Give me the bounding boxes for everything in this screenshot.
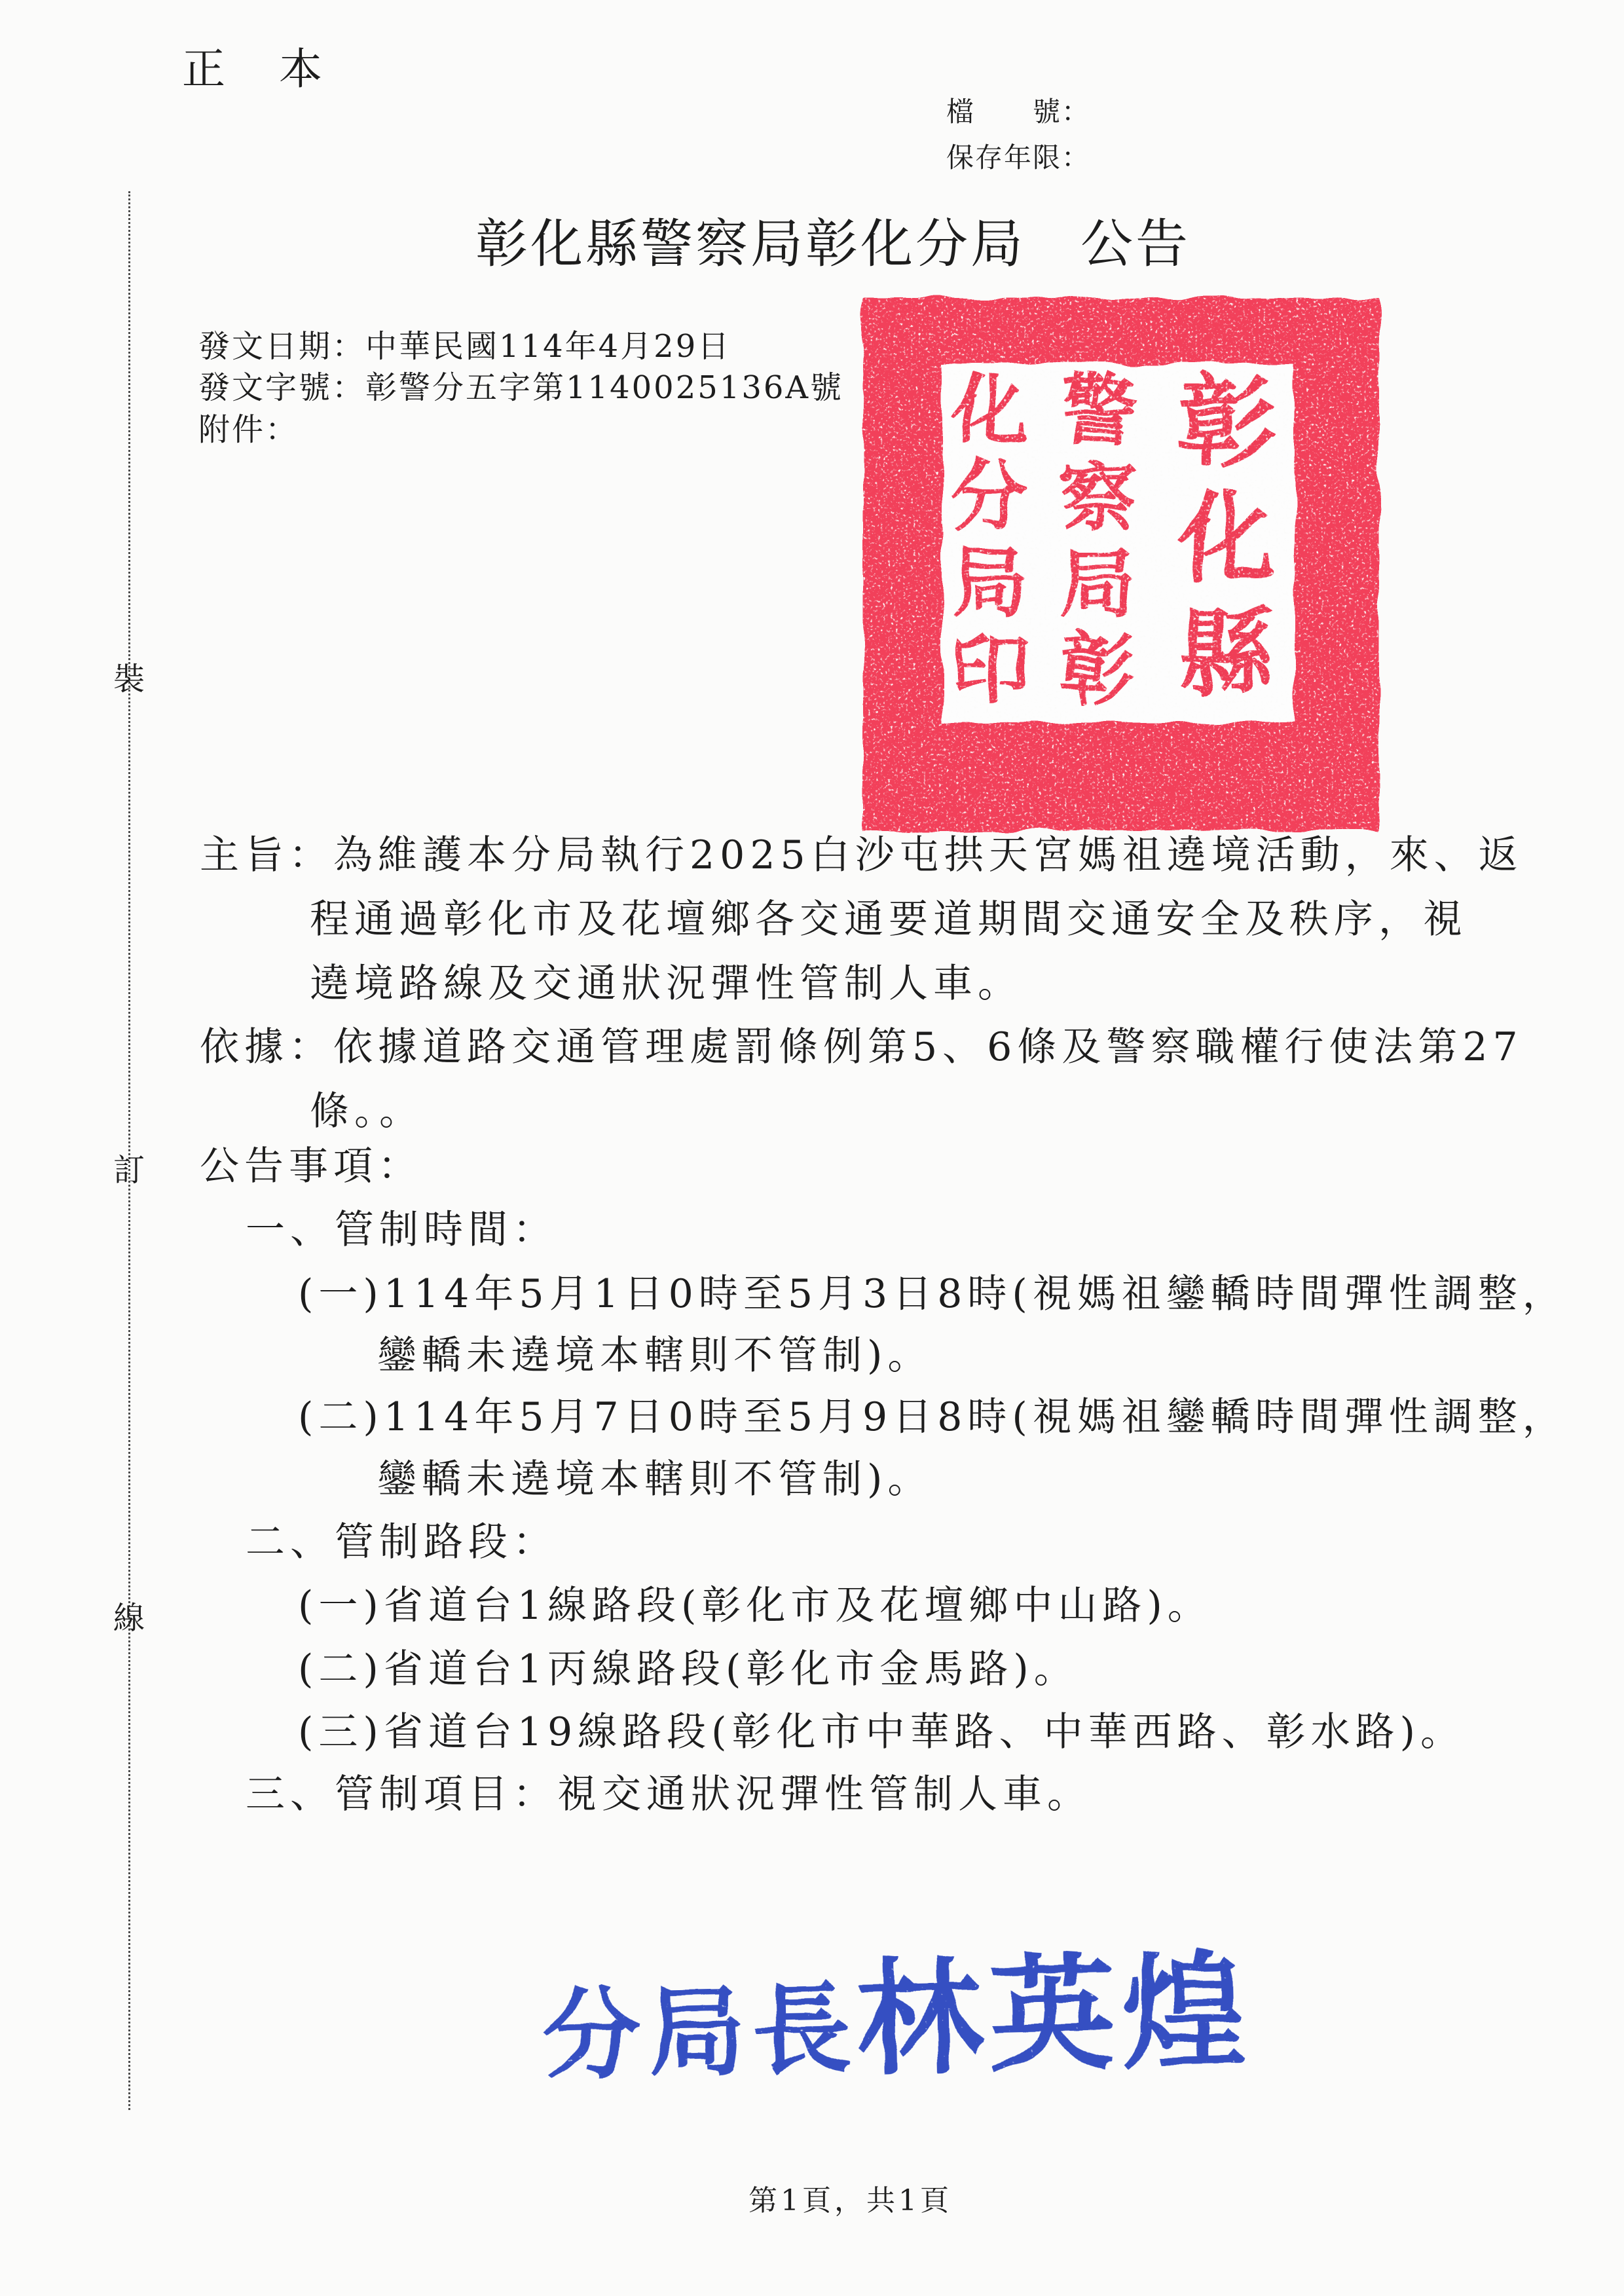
seal-text-column-left: 化分局印: [929, 370, 1038, 716]
seal-text-column-middle: 警察局彰: [1038, 370, 1147, 716]
signature-role: 分局長: [542, 1971, 858, 2093]
legal-basis-line-1: 依據：依據道路交通管理處罰條例第5、6條及警察職權行使法第27: [200, 1016, 1523, 1072]
item-1-control-time-heading: 一、管制時間：: [246, 1198, 557, 1255]
attachment-label: 附件：: [198, 404, 299, 449]
document-title: 彰化縣警察局彰化分局 公告: [475, 202, 1190, 277]
announcement-items-heading: 公告事項：: [200, 1135, 422, 1191]
file-number-label: 檔 號：: [946, 90, 1090, 130]
retention-period-label: 保存年限：: [946, 136, 1090, 176]
item-2-sub-3: (三)省道台19線路段(彰化市中華路、中華西路、彰水路)。: [298, 1701, 1465, 1757]
item-1-sub-2-line-1: (二)114年5月7日0時至5月9日8時(視媽祖鑾轎時間彈性調整，: [298, 1386, 1567, 1442]
signature-name: 林英煌: [855, 1938, 1255, 2094]
scanned-announcement-document: { "page": { "copy_type": "正 本", "footer"…: [0, 0, 1624, 2296]
subject-line-2: 程通過彰化市及花壇鄉各交通要道期間交通安全及秩序，視: [310, 888, 1467, 944]
item-2-control-road-heading: 二、管制路段：: [246, 1511, 557, 1567]
director-signature-stamp: 分局長林英煌: [540, 1910, 1255, 2106]
item-3-control-target: 三、管制項目：視交通狀況彈性管制人車。: [246, 1763, 1092, 1819]
binding-mark-xian: 線: [113, 1593, 145, 1638]
seal-inner-square: 彰化縣 警察局彰 化分局印: [942, 363, 1294, 722]
subject-line-3: 遶境路線及交通狀況彈性管制人車。: [310, 952, 1022, 1009]
seal-text-column-right: 彰化縣: [1147, 370, 1289, 716]
item-1-sub-2-line-2: 鑾轎未遶境本轄則不管制)。: [377, 1448, 932, 1504]
binding-mark-zhuang: 裝: [113, 654, 145, 699]
subject-line-1: 主旨：為維護本分局執行2025白沙屯拱天宮媽祖遶境活動，來、返: [200, 824, 1523, 880]
legal-basis-line-2: 條。。: [310, 1080, 424, 1136]
item-1-sub-1-line-2: 鑾轎未遶境本轄則不管制)。: [377, 1324, 932, 1380]
item-2-sub-2: (二)省道台1丙線路段(彰化市金馬路)。: [298, 1638, 1079, 1694]
item-1-sub-1-line-1: (一)114年5月1日0時至5月3日8時(視媽祖鑾轎時間彈性調整，: [298, 1263, 1567, 1319]
official-seal-stamp: 彰化縣 警察局彰 化分局印: [863, 298, 1379, 830]
doc-number-line: 發文字號：彰警分五字第1140025136A號: [198, 362, 843, 407]
binding-mark-ding: 訂: [113, 1145, 145, 1190]
copy-type-label: 正 本: [182, 34, 327, 96]
issue-date-line: 發文日期：中華民國114年4月29日: [198, 321, 731, 366]
item-2-sub-1: (一)省道台1線路段(彰化市及花壇鄉中山路)。: [298, 1574, 1212, 1631]
page-number: 第1頁，共1頁: [748, 2177, 952, 2219]
